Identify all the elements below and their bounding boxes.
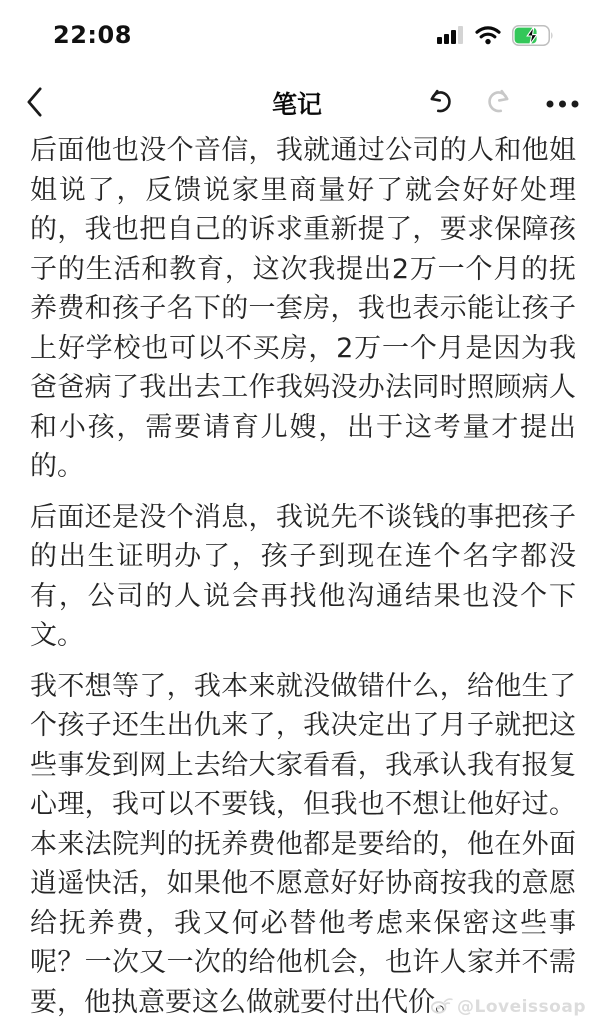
status-time: 22:08 (53, 21, 132, 49)
watermark-text: @Loveissoap (457, 997, 586, 1017)
phone-screen: 22:08 (0, 0, 594, 1024)
battery-charging-icon (512, 25, 554, 46)
weibo-logo-icon (430, 996, 453, 1018)
more-button[interactable] (546, 96, 579, 111)
back-button[interactable] (26, 80, 43, 126)
redo-button[interactable] (486, 88, 513, 118)
status-icons (437, 25, 554, 46)
nav-bar: 笔记 (0, 70, 594, 126)
note-paragraph[interactable]: 后面他也没个音信，我就通过公司的人和他姐姐说了，反馈说家里商量好了就会好好处理的… (30, 131, 576, 487)
cellular-signal-icon (437, 26, 464, 44)
undo-icon (426, 88, 453, 118)
undo-button[interactable] (426, 88, 453, 118)
redo-icon (486, 88, 513, 118)
note-paragraph[interactable]: 我不想等了，我本来就没做错什么，给他生了个孩子还生出仇来了，我决定出了月子就把这… (30, 667, 576, 1023)
status-bar: 22:08 (0, 0, 594, 70)
wifi-icon (475, 25, 501, 45)
note-editor[interactable]: 后面他也没个音信，我就通过公司的人和他姐姐说了，反馈说家里商量好了就会好好处理的… (0, 126, 594, 1022)
note-paragraph[interactable]: 后面还是没个消息，我说先不谈钱的事把孩子的出生证明办了，孩子到现在连个名字都没有… (30, 498, 576, 656)
watermark: @Loveissoap (430, 996, 586, 1018)
chevron-left-icon (26, 87, 43, 120)
ellipsis-icon (546, 96, 579, 111)
nav-actions (426, 80, 579, 126)
